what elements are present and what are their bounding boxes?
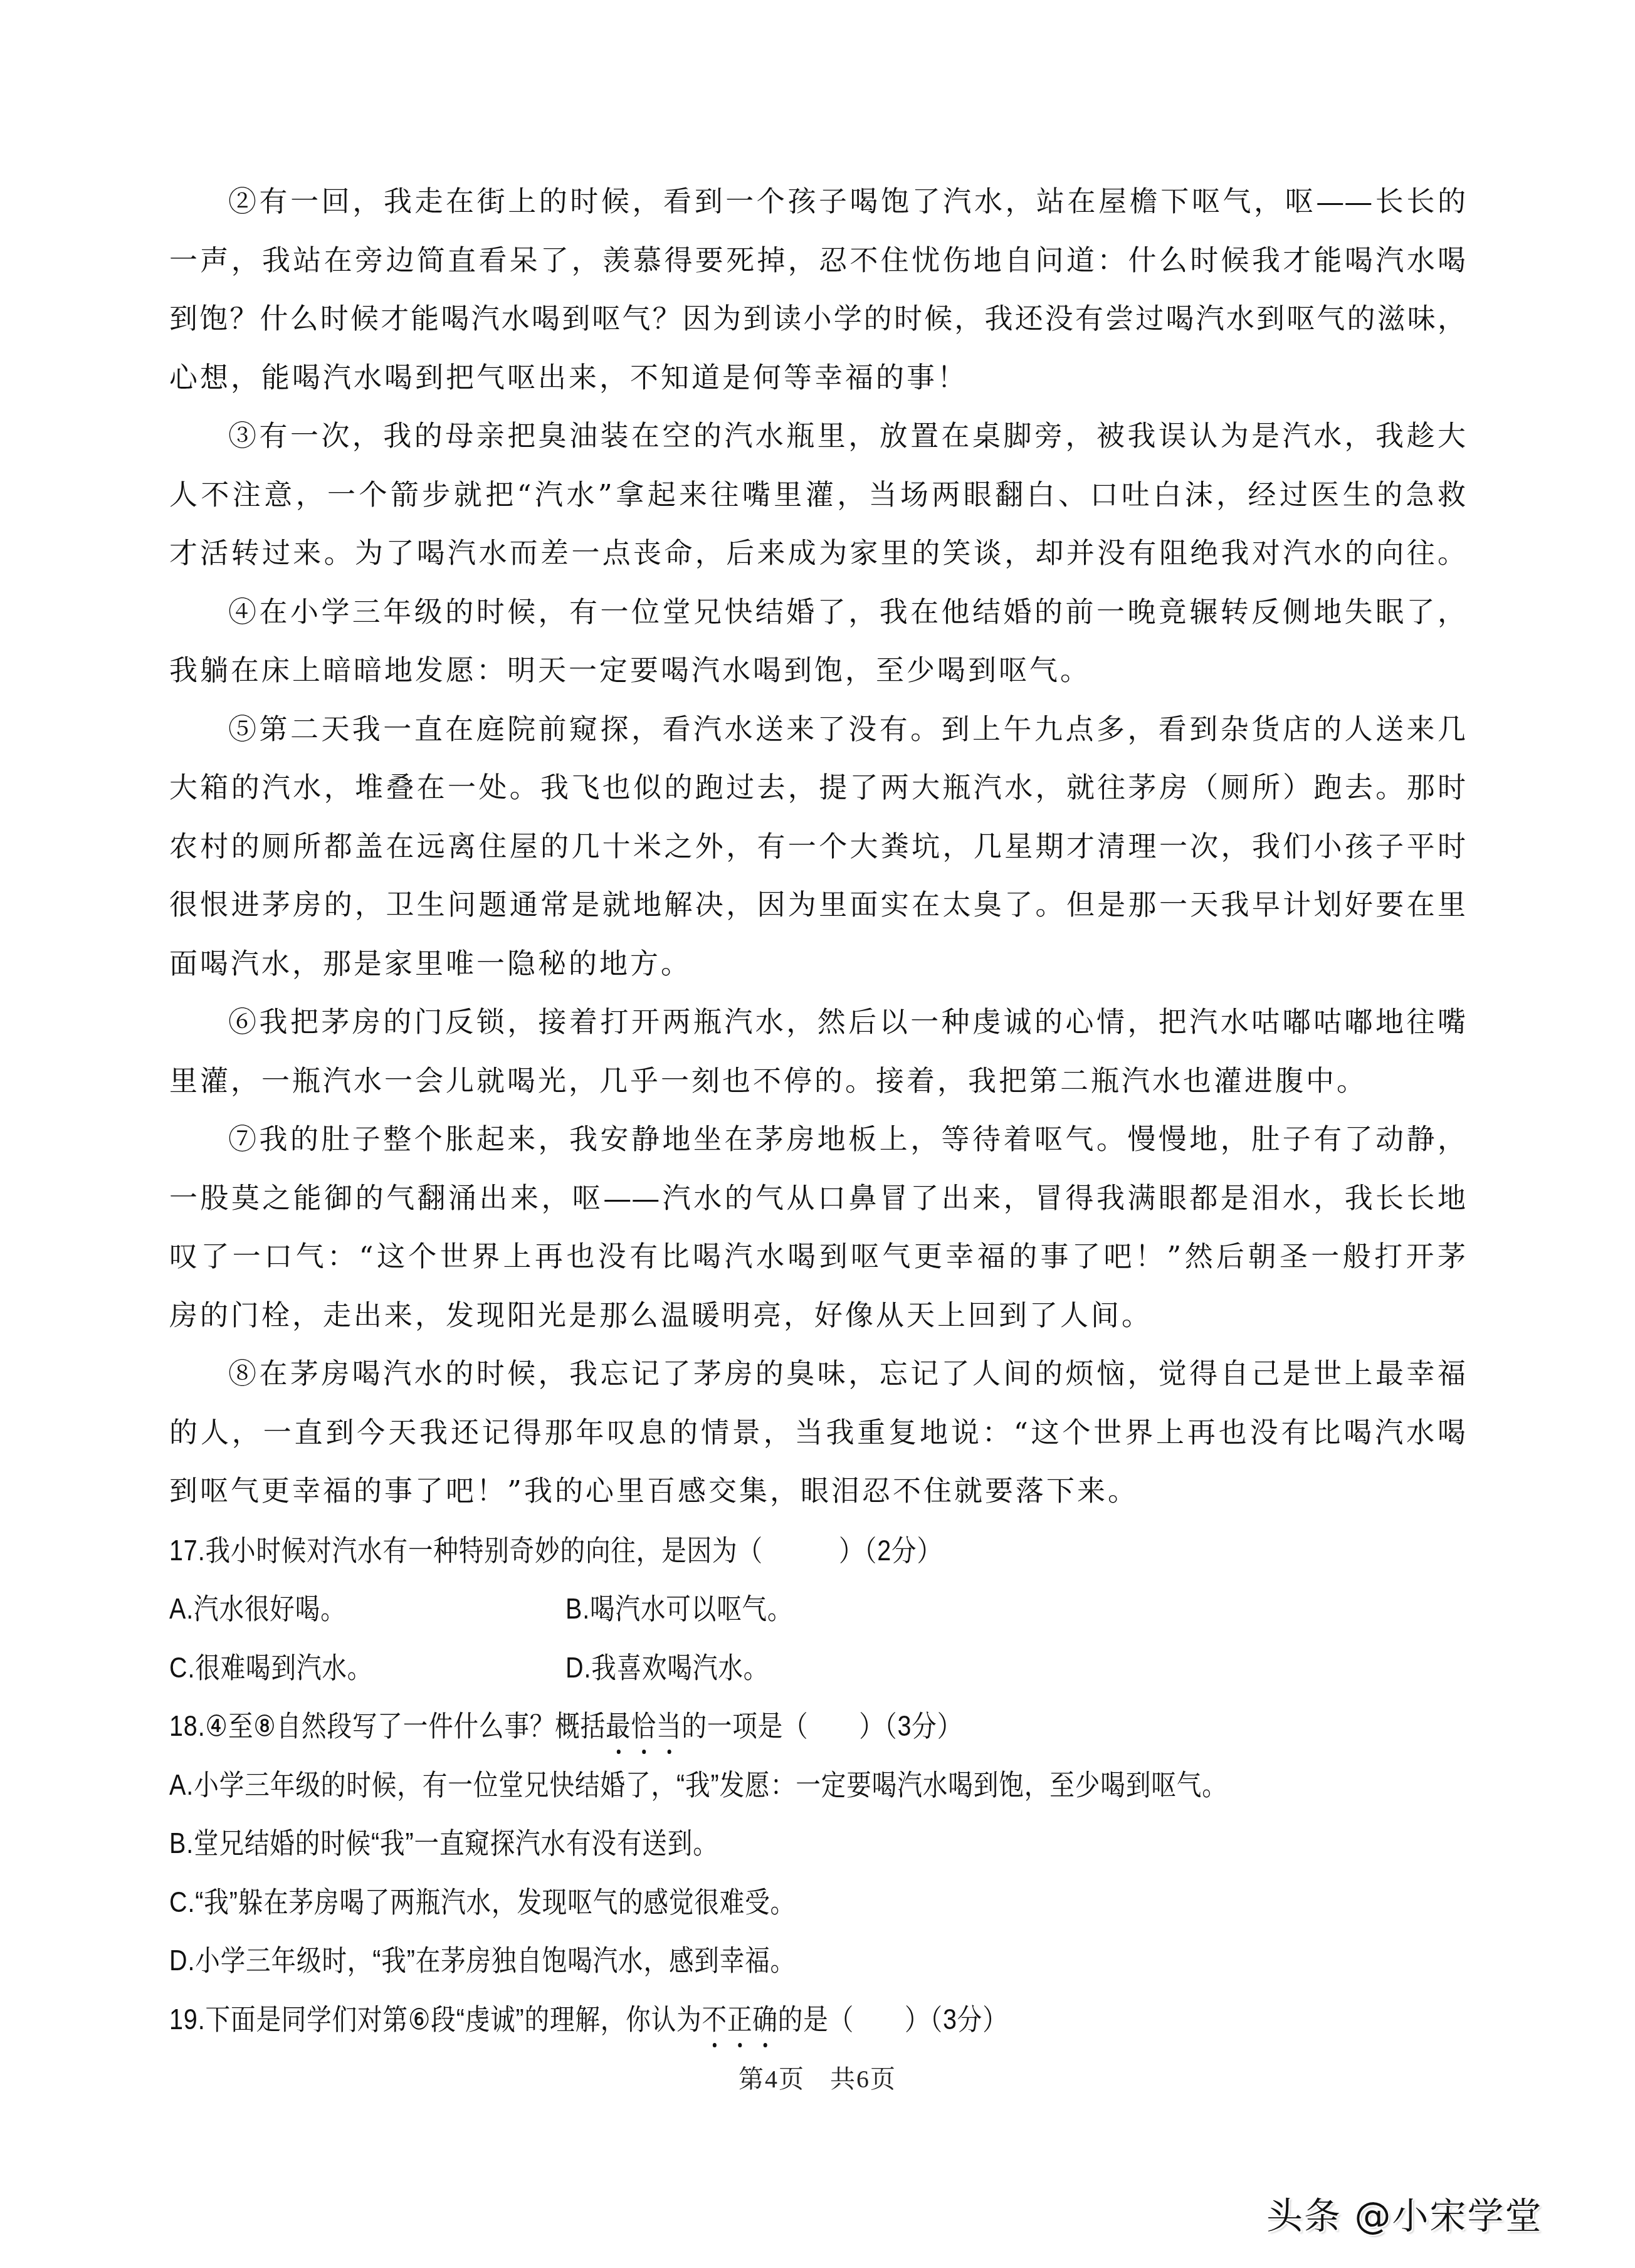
paragraph-line: ⑧在茅房喝汽水的时候，我忘记了茅房的臭味，忘记了人间的烦恼，觉得自己是世上最幸福 [228, 1345, 1466, 1404]
question-text: ④至⑧自然段写了一件什么事？概括 [206, 1709, 606, 1742]
paragraph-line: 一股莫之能御的气翻涌出来，呕——汽水的气从口鼻冒了出来，冒得我满眼都是泪水，我长… [169, 1169, 1466, 1228]
paragraph-line: 很恨进茅房的，卫生问题通常是就地解决，因为里面实在太臭了。但是那一天我早计划好要… [169, 876, 1466, 935]
paragraph-line: 面喝汽水，那是家里唯一隐秘的地方。 [169, 935, 1466, 994]
option-row: D.小学三年级时，“我”在茅房独自饱喝汽水，感到幸福。 [169, 1931, 1466, 1990]
emphasis-char: 恰 [631, 1696, 656, 1755]
paragraph-line: 人不注意，一个箭步就把“汽水”拿起来往嘴里灌，当场两眼翻白、口吐白沫，经过医生的… [169, 466, 1466, 525]
question-text: 我小时候对汽水有一种特别奇妙的向往，是因为（ ）（2分） [206, 1534, 942, 1567]
question-text: 的一项是（ ）（3分） [681, 1709, 962, 1742]
question-text: 的是（ ）（3分） [778, 2003, 1008, 2035]
paragraph-line: 农村的厕所都盖在远离住屋的几十米之外，有一个大粪坑，几星期才清理一次，我们小孩子… [169, 817, 1466, 876]
paragraph-line: 房的门栓，走出来，发现阳光是那么温暖明亮，好像从天上回到了人间。 [169, 1286, 1466, 1345]
option-d[interactable]: D.我喜欢喝汽水。 [565, 1638, 769, 1697]
paragraph-line: 大箱的汽水，堆叠在一处。我飞也似的跑过去，提了两大瓶汽水，就往茅房（厕所）跑去。… [169, 759, 1466, 817]
paragraph-line: ②有一回，我走在街上的时候，看到一个孩子喝饱了汽水，站在屋檐下呕气，呕——长长的 [228, 172, 1466, 231]
paragraph-line: ⑥我把茅房的门反锁，接着打开两瓶汽水，然后以一种虔诚的心情，把汽水咕嘟咕嘟地往嘴 [228, 993, 1466, 1052]
option-d[interactable]: D.小学三年级时，“我”在茅房独自饱喝汽水，感到幸福。 [169, 1931, 796, 1990]
paragraph-line: ⑦我的肚子整个胀起来，我安静地坐在茅房地板上，等待着呕气。慢慢地，肚子有了动静， [228, 1110, 1466, 1169]
paragraph-line: 心想，能喝汽水喝到把气呕出来，不知道是何等幸福的事！ [169, 349, 1466, 407]
question-stem: 17.我小时候对汽水有一种特别奇妙的向往，是因为（ ）（2分） [169, 1521, 1466, 1580]
question-number: 17. [169, 1534, 206, 1567]
option-a[interactable]: A.小学三年级的时候，有一位堂兄快结婚了，“我”发愿：一定要喝汽水喝到饱，至少喝… [169, 1755, 1228, 1814]
emphasis-char: 当 [656, 1696, 681, 1755]
emphasis-char: 不 [702, 1990, 727, 2049]
paragraph-line: ③有一次，我的母亲把臭油装在空的汽水瓶里，放置在桌脚旁，被我误认为是汽水，我趁大 [228, 407, 1466, 466]
option-b[interactable]: B.堂兄结婚的时候“我”一直窥探汽水有没有送到。 [169, 1814, 718, 1872]
page-footer: 第4页共6页 [0, 2059, 1635, 2095]
emphasis-char: 最 [606, 1696, 631, 1755]
option-row: C.“我”躲在茅房喝了两瓶汽水，发现呕气的感觉很难受。 [169, 1872, 1466, 1931]
emphasis-char: 正 [727, 1990, 752, 2049]
current-page: 第4页 [739, 2059, 805, 2095]
question-stem: 18.④至⑧自然段写了一件什么事？概括最恰当的一项是（ ）（3分） [169, 1696, 1466, 1755]
exam-page: ②有一回，我走在街上的时候，看到一个孩子喝饱了汽水，站在屋檐下呕气，呕——长长的… [0, 0, 1635, 2268]
total-pages: 共6页 [830, 2059, 896, 2095]
question-number: 18. [169, 1709, 206, 1742]
question-stem: 19.下面是同学们对第⑥段“虔诚”的理解，你认为不正确的是（ ）（3分） [169, 1990, 1466, 2049]
option-b[interactable]: B.喝汽水可以呕气。 [565, 1579, 792, 1638]
paragraph-line: 的人，一直到今天我还记得那年叹息的情景，当我重复地说：“这个世界上再也没有比喝汽… [169, 1404, 1466, 1462]
paragraph-line: ⑤第二天我一直在庭院前窥探，看汽水送来了没有。到上午九点多，看到杂货店的人送来几 [228, 700, 1466, 759]
option-c[interactable]: C.很难喝到汽水。 [169, 1638, 372, 1697]
paragraph-line: 到呕气更幸福的事了吧！”我的心里百感交集，眼泪忍不住就要落下来。 [169, 1462, 1466, 1521]
option-c[interactable]: C.“我”躲在茅房喝了两瓶汽水，发现呕气的感觉很难受。 [169, 1872, 796, 1931]
question-text: 下面是同学们对第⑥段“虔诚”的理解，你认为 [206, 2003, 702, 2035]
option-row: A.汽水很好喝。 B.喝汽水可以呕气。 [169, 1579, 1466, 1638]
paragraph-line: 一声，我站在旁边简直看呆了，羡慕得要死掉，忍不住忧伤地自问道：什么时候我才能喝汽… [169, 231, 1466, 290]
paragraph-line: 叹了一口气：“这个世界上再也没有比喝汽水喝到呕气更幸福的事了吧！”然后朝圣一般打… [169, 1227, 1466, 1286]
paragraph-line: 才活转过来。为了喝汽水而差一点丧命，后来成为家里的笑谈，却并没有阻绝我对汽水的向… [169, 524, 1466, 583]
emphasis-char: 确 [752, 1990, 777, 2049]
option-row: B.堂兄结婚的时候“我”一直窥探汽水有没有送到。 [169, 1814, 1466, 1872]
paragraph-line: 到饱？什么时候才能喝汽水喝到呕气？因为到读小学的时候，我还没有尝过喝汽水到呕气的… [169, 290, 1466, 349]
option-row: A.小学三年级的时候，有一位堂兄快结婚了，“我”发愿：一定要喝汽水喝到饱，至少喝… [169, 1755, 1466, 1814]
option-row: C.很难喝到汽水。 D.我喜欢喝汽水。 [169, 1638, 1466, 1697]
watermark: 头条 @小宋学堂 [1266, 2194, 1542, 2238]
question-number: 19. [169, 2003, 206, 2035]
option-a[interactable]: A.汽水很好喝。 [169, 1579, 346, 1638]
paragraph-line: 我躺在床上暗暗地发愿：明天一定要喝汽水喝到饱，至少喝到呕气。 [169, 641, 1466, 700]
paragraph-line: 里灌，一瓶汽水一会儿就喝光，几乎一刻也不停的。接着，我把第二瓶汽水也灌进腹中。 [169, 1052, 1466, 1111]
paragraph-line: ④在小学三年级的时候，有一位堂兄快结婚了，我在他结婚的前一晚竟辗转反侧地失眠了， [228, 583, 1466, 642]
